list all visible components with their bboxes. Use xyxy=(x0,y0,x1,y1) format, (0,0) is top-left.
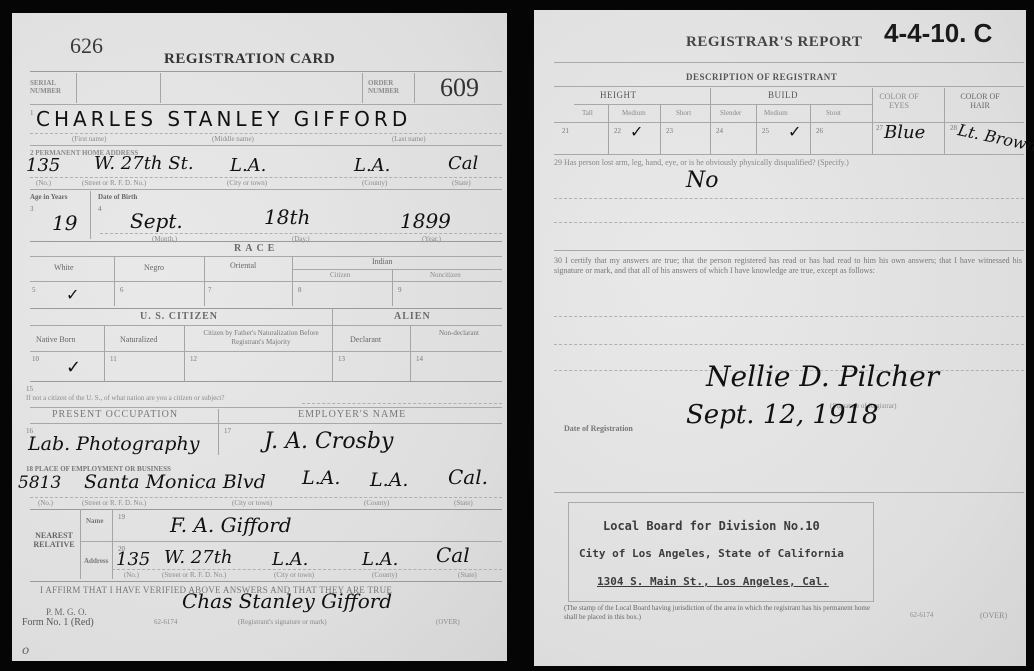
field-number: 23 xyxy=(666,127,673,135)
divider xyxy=(104,325,105,381)
report-title: REGISTRAR'S REPORT xyxy=(686,34,862,51)
divider xyxy=(30,104,502,105)
field-number: 4 xyxy=(98,205,102,213)
employer-header: EMPLOYER'S NAME xyxy=(298,409,406,420)
relative-address-city: L.A. xyxy=(272,549,308,570)
race-col-indian: Indian xyxy=(372,257,392,266)
divider xyxy=(30,325,502,326)
home-address-state: Cal xyxy=(448,153,478,174)
build-col-stout: Stout xyxy=(826,109,841,117)
nearest-relative-label: NEAREST RELATIVE xyxy=(26,531,82,549)
employment-state: Cal. xyxy=(448,465,488,489)
eyes-header: COLOR OF EYES xyxy=(874,92,924,110)
height-col-short: Short xyxy=(676,109,691,117)
eye-color-value: Blue xyxy=(884,122,925,143)
divider xyxy=(30,241,502,242)
stamp-caption: (The stamp of the Local Board having jur… xyxy=(564,604,874,622)
divider xyxy=(30,381,502,382)
build-medium-check: ✓ xyxy=(788,122,801,141)
divider xyxy=(30,145,502,146)
divider xyxy=(292,269,502,270)
divider xyxy=(218,409,219,455)
divider xyxy=(362,73,363,103)
sublabel: (Street or R. F. D. No.) xyxy=(162,571,226,579)
over-label: (OVER) xyxy=(436,618,460,626)
relative-name: F. A. Gifford xyxy=(170,513,292,537)
home-address-city: L.A. xyxy=(230,155,266,176)
print-code: 62-6174 xyxy=(910,611,933,619)
relative-address-county: L.A. xyxy=(362,549,398,570)
relative-address-no: 135 xyxy=(116,549,150,570)
card-title: REGISTRATION CARD xyxy=(164,51,335,68)
citizen-col-fathers: Citizen by Father's Naturalization Befor… xyxy=(196,329,326,347)
divider xyxy=(332,309,333,381)
field-number: 14 xyxy=(416,355,423,363)
print-code: 62-6174 xyxy=(154,618,177,626)
sublabel: (Street or R. F. D. No.) xyxy=(82,499,146,507)
divider xyxy=(30,497,502,498)
race-col-indian-citizen: Citizen xyxy=(330,271,350,279)
age-value: 19 xyxy=(52,211,77,235)
divider xyxy=(756,104,757,154)
us-citizen-header: U. S. CITIZEN xyxy=(140,311,218,322)
relative-address-label: Address xyxy=(84,557,108,565)
registration-card: 626 REGISTRATION CARD SERIAL NUMBER ORDE… xyxy=(12,13,507,661)
divider xyxy=(392,269,393,306)
over-label: (OVER) xyxy=(980,611,1007,620)
sublabel: (City or town) xyxy=(232,499,272,507)
divider xyxy=(184,325,185,381)
divider xyxy=(80,509,81,579)
divider xyxy=(100,233,502,234)
race-col-negro: Negro xyxy=(144,263,164,272)
registrant-name: CHARLES STANLEY GIFFORD xyxy=(36,107,411,131)
description-header: DESCRIPTION OF REGISTRANT xyxy=(686,72,837,82)
divider xyxy=(554,154,1024,155)
registrar-signature: Nellie D. Pilcher xyxy=(706,360,939,393)
citizen-col-native-born: Native Born xyxy=(36,335,75,344)
hair-color-value: Lt. Brown xyxy=(956,120,1034,155)
sublabel: (State) xyxy=(454,499,473,507)
report-stamp-code: 4-4-10. C xyxy=(884,18,992,49)
divider xyxy=(30,351,502,352)
divider xyxy=(30,581,502,582)
disability-question: 29 Has person lost arm, leg, hand, eye, … xyxy=(554,158,1024,168)
dob-label: Date of Birth xyxy=(98,193,137,201)
certification-text: 30 I certify that my answers are true; t… xyxy=(554,256,1022,276)
divider xyxy=(574,104,872,105)
race-header: RACE xyxy=(234,243,278,254)
field-number: 15 xyxy=(26,385,33,393)
divider xyxy=(76,73,77,103)
divider xyxy=(30,407,502,408)
employment-city: L.A. xyxy=(302,467,340,489)
disability-answer: No xyxy=(686,168,719,193)
divider xyxy=(30,71,502,72)
divider xyxy=(30,189,502,190)
divider xyxy=(414,73,415,103)
divider xyxy=(30,509,502,510)
sublabel: (County) xyxy=(362,179,387,187)
divider xyxy=(410,325,411,381)
sublabel: (County) xyxy=(364,499,389,507)
divider xyxy=(710,88,711,154)
height-col-tall: Tall xyxy=(582,109,593,117)
home-address-county: L.A. xyxy=(354,155,390,176)
divider xyxy=(554,316,1024,317)
field-number: 22 xyxy=(614,127,621,135)
sublabel: (State) xyxy=(452,179,471,187)
field-number: 1 xyxy=(30,109,34,117)
employer-value: J. A. Crosby xyxy=(264,429,393,454)
race-white-check: ✓ xyxy=(66,285,79,304)
native-born-check: ✓ xyxy=(66,357,81,378)
stamp-line-3: 1304 S. Main St., Los Angeles, Cal. xyxy=(597,575,829,588)
birth-month: Sept. xyxy=(130,209,183,233)
home-address-no: 135 xyxy=(26,155,60,176)
age-label: Age in Years xyxy=(30,193,67,201)
field-number: 13 xyxy=(338,355,345,363)
first-name-label: (First name) xyxy=(72,135,106,143)
divider xyxy=(810,104,811,154)
divider xyxy=(608,104,609,154)
divider xyxy=(554,86,1024,87)
field-number: 21 xyxy=(562,127,569,135)
divider xyxy=(554,250,1024,251)
serial-number-label: SERIAL NUMBER xyxy=(30,79,70,95)
field-number: 12 xyxy=(190,355,197,363)
sublabel: (No.) xyxy=(124,571,139,579)
build-col-slender: Slender xyxy=(720,109,741,117)
field-number: 7 xyxy=(208,286,212,294)
divider xyxy=(554,492,1024,493)
sublabel: (No.) xyxy=(38,499,53,507)
registrant-signature: Chas Stanley Gifford xyxy=(182,589,392,613)
field-number: 8 xyxy=(298,286,302,294)
sublabel: (State) xyxy=(458,571,477,579)
divider xyxy=(554,344,1024,345)
date-of-registration-value: Sept. 12, 1918 xyxy=(686,400,879,430)
middle-name-label: (Middle name) xyxy=(212,135,254,143)
divider xyxy=(554,62,1024,63)
field-number: 19 xyxy=(118,513,125,521)
sublabel: (City or town) xyxy=(274,571,314,579)
stamp-line-1: Local Board for Division No.10 xyxy=(603,519,820,533)
occupation-value: Lab. Photography xyxy=(28,433,199,455)
relative-name-label: Name xyxy=(86,517,104,525)
divider xyxy=(112,569,502,570)
relative-address-state: Cal xyxy=(436,543,470,567)
field-number: 27 xyxy=(876,124,883,132)
order-number-label: ORDER NUMBER xyxy=(368,79,408,95)
divider xyxy=(160,73,161,103)
divider xyxy=(30,256,502,257)
build-header: BUILD xyxy=(768,90,798,100)
form-id-pmgo: P. M. G. O. xyxy=(46,607,87,617)
card-number: 626 xyxy=(70,33,103,59)
field-number: 3 xyxy=(30,205,34,213)
field-number: 26 xyxy=(816,127,823,135)
divider xyxy=(554,198,1024,199)
divider xyxy=(660,104,661,154)
alien-header: ALIEN xyxy=(394,311,431,322)
nation-question: If not a citizen of the U. S., of what n… xyxy=(26,394,224,402)
field-number: 10 xyxy=(32,355,39,363)
race-col-white: White xyxy=(54,263,74,272)
citizen-col-naturalized: Naturalized xyxy=(120,335,157,344)
corner-mark: o xyxy=(22,643,29,657)
occupation-header: PRESENT OCCUPATION xyxy=(52,409,178,420)
divider xyxy=(30,177,502,178)
race-col-indian-noncitizen: Noncitizen xyxy=(430,271,461,279)
build-col-medium: Medium xyxy=(764,109,788,117)
signature-label: (Registrant's signature or mark) xyxy=(238,618,327,626)
field-number: 28 xyxy=(950,124,957,132)
field-number: 25 xyxy=(762,127,769,135)
relative-address-street: W. 27th xyxy=(164,547,233,568)
divider xyxy=(30,308,502,309)
field-number: 6 xyxy=(120,286,124,294)
hair-header: COLOR OF HAIR xyxy=(954,92,1006,110)
alien-col-nondeclarant: Non-declarant xyxy=(434,329,484,338)
height-col-medium: Medium xyxy=(622,109,646,117)
employment-street: Santa Monica Blvd xyxy=(84,471,266,493)
registrars-report-card: REGISTRAR'S REPORT 4-4-10. C DESCRIPTION… xyxy=(534,10,1026,666)
employment-county: L.A. xyxy=(370,469,408,491)
divider xyxy=(30,281,502,282)
local-board-stamp-box: Local Board for Division No.10 City of L… xyxy=(568,502,874,602)
sublabel: (County) xyxy=(372,571,397,579)
form-id-number: Form No. 1 (Red) xyxy=(22,617,94,628)
field-number: 5 xyxy=(32,286,36,294)
height-header: HEIGHT xyxy=(600,90,637,100)
race-col-oriental: Oriental xyxy=(230,261,256,270)
date-of-registration-label: Date of Registration xyxy=(564,424,633,433)
home-address-street: W. 27th St. xyxy=(94,153,194,174)
field-number: 24 xyxy=(716,127,723,135)
divider xyxy=(30,423,502,424)
field-number: 11 xyxy=(110,355,117,363)
divider xyxy=(302,403,502,404)
height-medium-check: ✓ xyxy=(630,122,643,141)
divider xyxy=(80,541,502,542)
sublabel: (Street or R. F. D. No.) xyxy=(82,179,146,187)
divider xyxy=(872,88,873,154)
order-number: 609 xyxy=(440,73,479,103)
divider xyxy=(554,222,1024,223)
divider xyxy=(944,88,945,154)
field-number: 17 xyxy=(224,427,231,435)
divider xyxy=(30,133,502,134)
employment-no: 5813 xyxy=(18,473,61,493)
stamp-line-2: City of Los Angeles, State of California xyxy=(579,547,844,560)
alien-col-declarant: Declarant xyxy=(350,335,381,344)
divider xyxy=(90,191,91,239)
sublabel: (No.) xyxy=(36,179,51,187)
birth-day: 18th xyxy=(264,205,310,229)
birth-year: 1899 xyxy=(400,209,451,233)
field-number: 9 xyxy=(398,286,402,294)
sublabel: (City or town) xyxy=(227,179,267,187)
last-name-label: (Last name) xyxy=(392,135,426,143)
